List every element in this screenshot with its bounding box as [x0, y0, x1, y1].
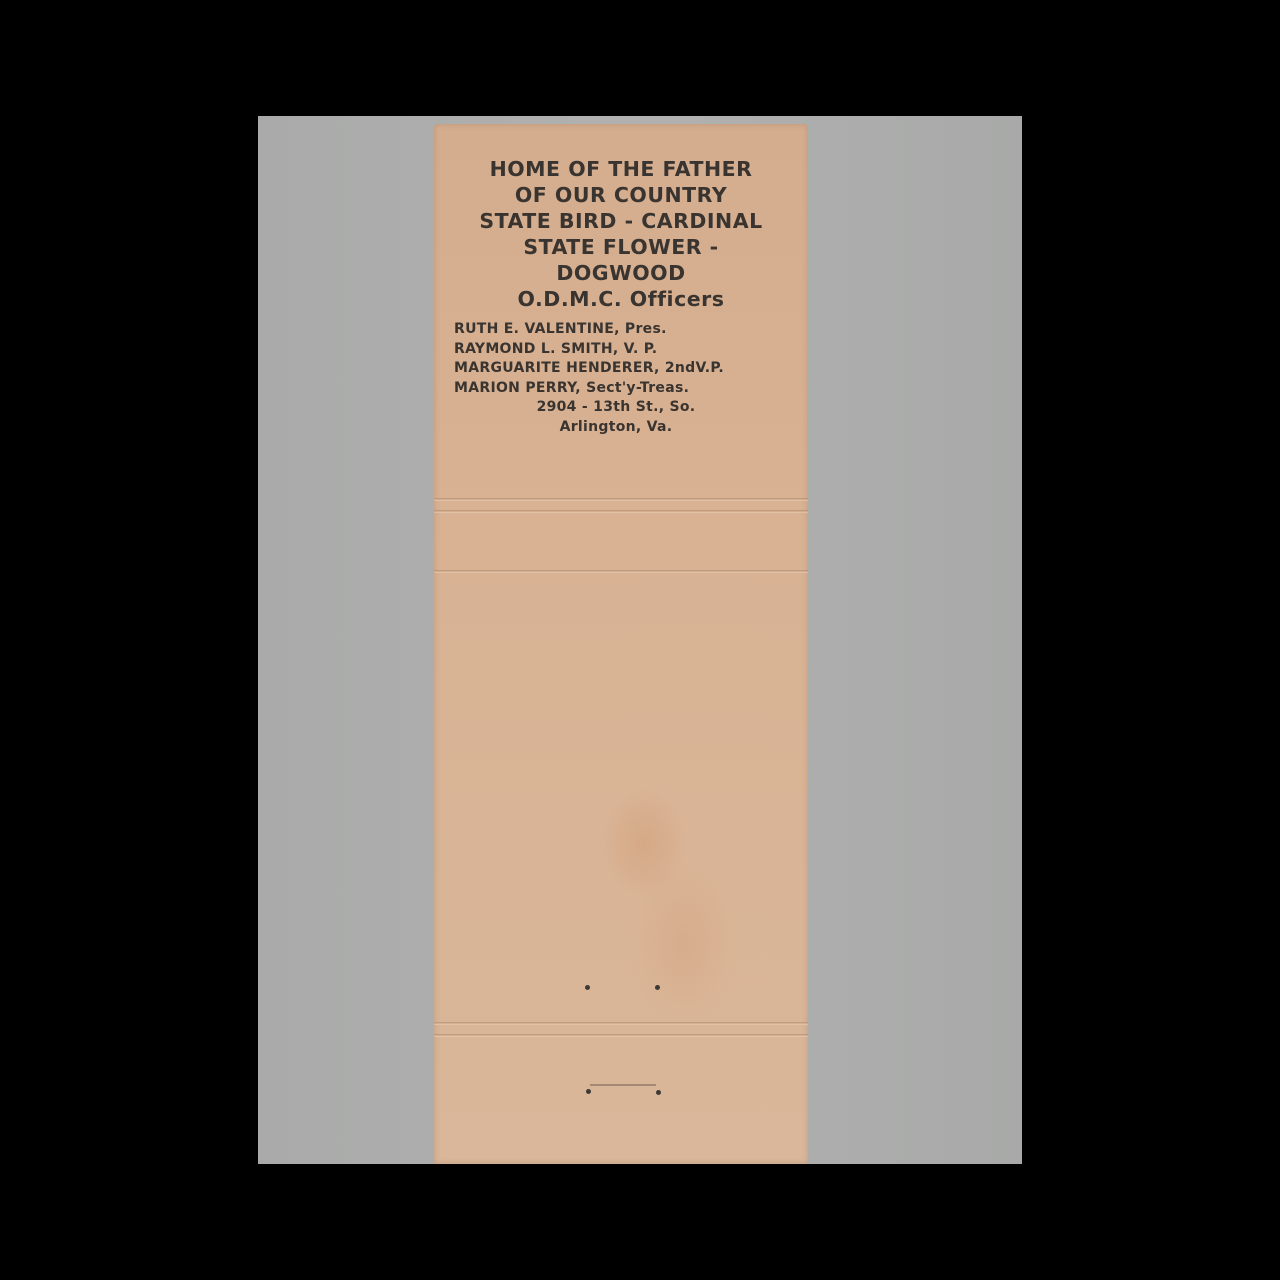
headline-line: HOME OF THE FATHER	[434, 156, 808, 182]
headline-line: DOGWOOD	[434, 260, 808, 286]
matchbook-cover: HOME OF THE FATHER OF OUR COUNTRY STATE …	[434, 124, 808, 1164]
officer-second-vice-president: MARGUARITE HENDERER, 2ndV.P.	[454, 359, 808, 379]
officers-heading: O.D.M.C. Officers	[434, 286, 808, 312]
officers-list: RUTH E. VALENTINE, Pres. RAYMOND L. SMIT…	[454, 320, 808, 398]
staple-end	[586, 1089, 591, 1094]
fold-line	[434, 510, 808, 513]
fold-line	[434, 1034, 808, 1037]
staple-end	[656, 1090, 661, 1095]
headline-line: OF OUR COUNTRY	[434, 182, 808, 208]
headline-line: STATE BIRD - CARDINAL	[434, 208, 808, 234]
officer-president: RUTH E. VALENTINE, Pres.	[454, 320, 808, 340]
staple-hole	[585, 985, 590, 990]
staple-hole	[655, 985, 660, 990]
staple-icon	[590, 1084, 656, 1086]
headline-line: STATE FLOWER -	[434, 234, 808, 260]
cover-text: HOME OF THE FATHER OF OUR COUNTRY STATE …	[434, 156, 808, 437]
address-city: Arlington, Va.	[424, 418, 808, 438]
fold-line	[434, 570, 808, 573]
fold-line	[434, 498, 808, 501]
address-street: 2904 - 13th St., So.	[424, 398, 808, 418]
fold-line	[434, 1022, 808, 1025]
officer-vice-president: RAYMOND L. SMITH, V. P.	[454, 340, 808, 360]
officer-secretary-treasurer: MARION PERRY, Sect'y-Treas.	[454, 379, 808, 399]
